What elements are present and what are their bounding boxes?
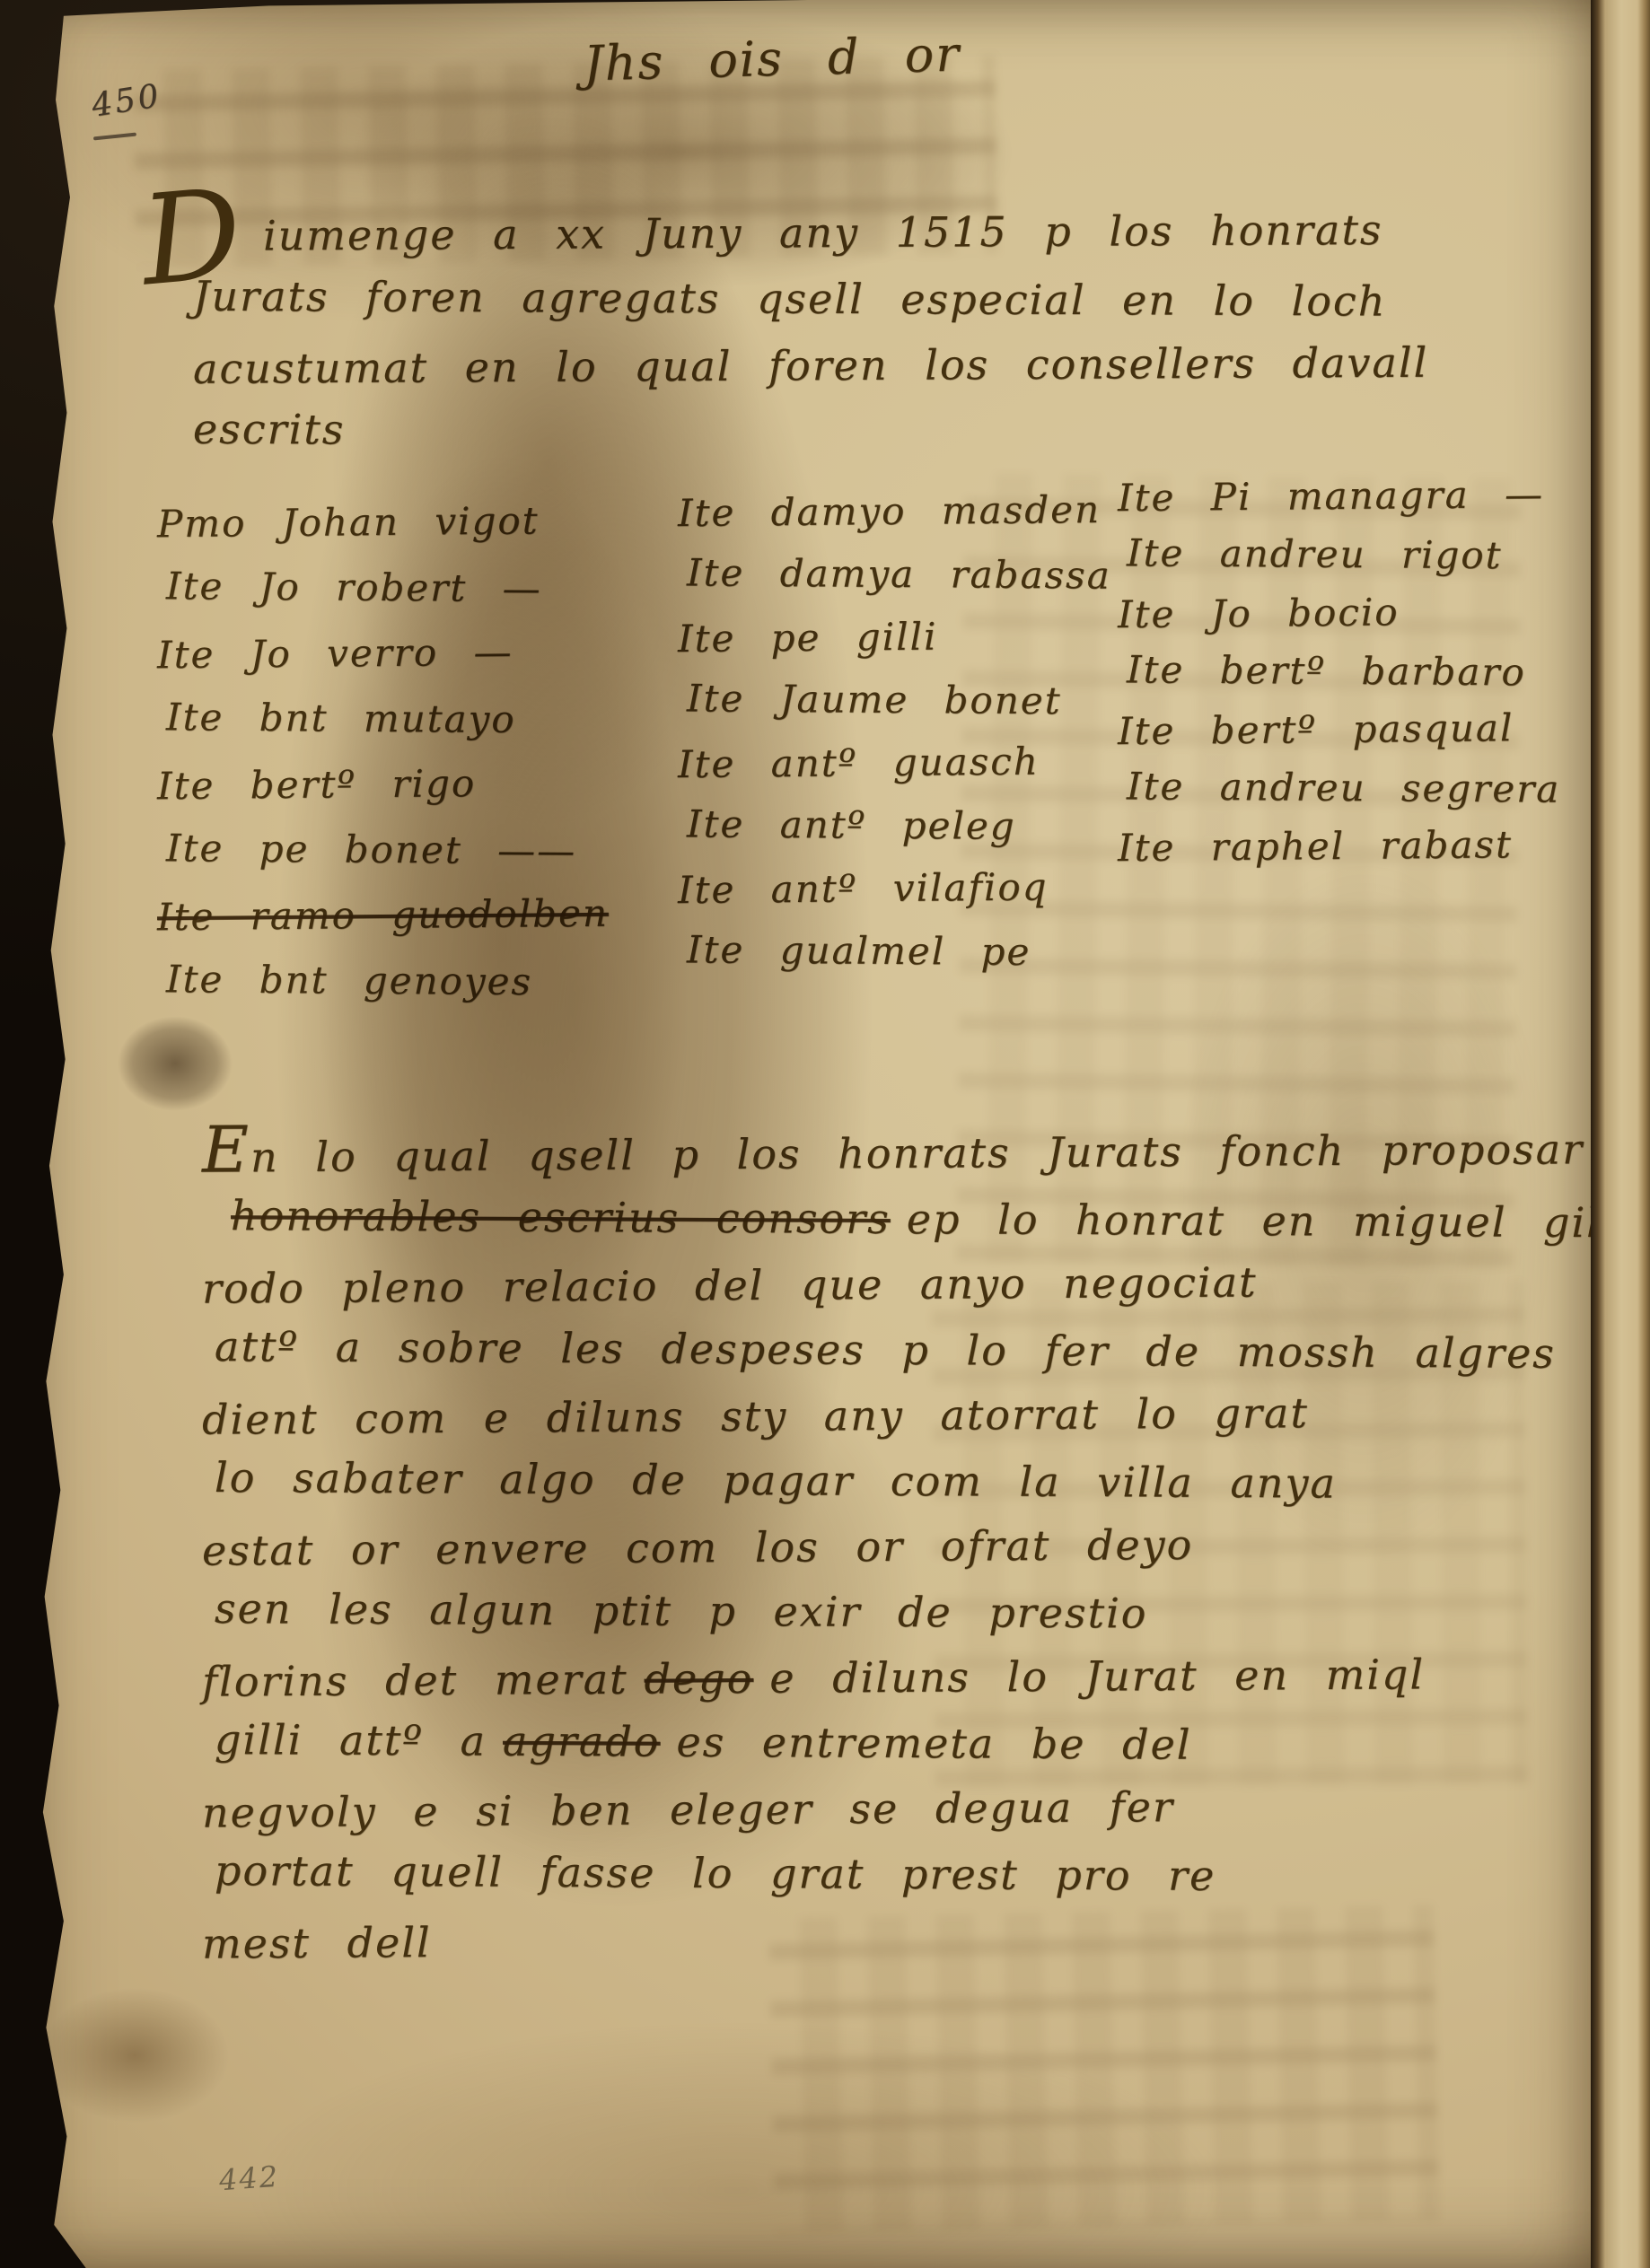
resolution-line: mest dell (202, 1903, 1575, 1976)
councillor-name: Ite antº vilafioq (678, 855, 1111, 922)
manuscript-page: 450 Jhs ois d or D iumenge a xx Juny any… (0, 0, 1591, 2268)
councillor-name: Ite bertº barbaro (1127, 640, 1561, 701)
councillor-column-2: Ite damyo masden Ite damya rabassa Ite p… (678, 480, 1111, 983)
resolution-text: rodo pleno relacio del que anyo negociat (202, 1257, 1258, 1312)
councillor-name: Ite bertº rigo (157, 749, 609, 819)
councillor-name: Ite bnt genoyes (166, 946, 609, 1014)
councillor-name: Ite Jo bocio (1118, 582, 1561, 644)
councillor-name: Ite antº peleg (687, 792, 1111, 858)
resolution-text: attº a sobre les despeses p lo fer de mo… (215, 1322, 1556, 1378)
resolution-line: gilli attº aagradoes entremeta be del (215, 1707, 1575, 1780)
councillor-name: Ite Jaume bonet (687, 667, 1111, 732)
resolution-text: sen les algun ptit p exir de prestio (215, 1584, 1148, 1637)
opening-line: Jurats foren agregats qsell especial en … (193, 263, 1522, 335)
councillor-name: Ite bertº pasqual (1118, 698, 1561, 760)
resolution-paragraph: En lo qual qsell p los honrats Jurats fo… (202, 1120, 1575, 1973)
struck-text: dego (644, 1654, 753, 1703)
resolution-text: e diluns lo Jurat en miql (769, 1650, 1425, 1702)
folio-number-underline (93, 133, 136, 141)
councillor-name: Ite bnt mutayo (166, 684, 609, 752)
opening-line: iumenge a xx Juny any 1515 p los honrats (193, 196, 1522, 269)
resolution-line: attº a sobre les despeses p lo fer de mo… (215, 1314, 1575, 1387)
resolution-line: estat or envere com los or ofrat deyo (202, 1510, 1575, 1583)
resolution-line: sen les algun ptit p exir de prestio (215, 1576, 1575, 1649)
invocation-heading: Jhs ois d or (502, 23, 1041, 94)
councillor-name: Ite gualmel pe (687, 918, 1111, 984)
folio-number-bottom: 442 (218, 2159, 281, 2198)
folio-number-top: 450 (89, 77, 163, 125)
struck-text: agrado (503, 1717, 661, 1766)
councillor-name: Ite Jo robert — (166, 553, 609, 621)
resolution-text: gilli attº a (215, 1715, 487, 1765)
councillor-name: Ite damyo masden (678, 478, 1111, 545)
opening-line: escrits (193, 396, 1522, 468)
next-page-edge (1591, 0, 1650, 2268)
councillor-name: Ite antº guasch (678, 730, 1111, 796)
resolution-line: portat quell fasse lo grat prest pro re (215, 1838, 1575, 1911)
resolution-line: florins det meratdegoe diluns lo Jurat e… (202, 1641, 1575, 1714)
councillor-name: Ite andreu rigot (1127, 523, 1561, 584)
resolution-line: rodo pleno relacio del que anyo negociat (202, 1248, 1575, 1321)
councillor-name: Ite pe bonet —— (166, 815, 609, 883)
resolution-text: negvoly e si ben eleger se degua fer (202, 1782, 1174, 1837)
opening-line: acustumat en lo qual foren los conseller… (193, 328, 1522, 402)
resolution-text: mest dell (202, 1918, 432, 1968)
resolution-text: ep lo honrat en miguel gilli do (907, 1195, 1650, 1248)
councillor-column-3: Ite Pi managra — Ite andreu rigot Ite Jo… (1118, 467, 1560, 875)
resolution-line: En lo qual qsell p los honrats Jurats fo… (202, 1116, 1575, 1190)
opening-paragraph: iumenge a xx Juny any 1515 p los honrats… (193, 199, 1522, 465)
councillor-name: Ite damya rabassa (687, 541, 1111, 607)
resolution-line: negvoly e si ben eleger se degua fer (202, 1772, 1575, 1845)
resolution-text: florins det merat (202, 1655, 628, 1706)
councillor-column-1: Pmo Johan vigot Ite Jo robert — Ite Jo v… (157, 489, 609, 1013)
resolution-text: lo sabater algo de pagar com la villa an… (215, 1453, 1337, 1508)
resolution-line: lo sabater algo de pagar com la villa an… (215, 1445, 1575, 1518)
councillor-name: Ite raphel rabast (1118, 815, 1561, 877)
scan-background: { "page": { "folio_top": "450", "folio_b… (0, 0, 1650, 2268)
councillor-name: Ite Jo verro — (157, 618, 609, 687)
councillor-name-struck: Ite ramo guodolben (157, 880, 609, 950)
councillor-name: Ite andreu segrera (1127, 757, 1561, 818)
resolution-text: En lo qual qsell p los honrats Jurats fo… (202, 1125, 1584, 1181)
struck-text: honorables escrius consors (231, 1191, 891, 1243)
resolution-text: es entremeta be del (676, 1718, 1191, 1769)
resolution-line: honorables escrius consorsep lo honrat e… (215, 1183, 1575, 1256)
resolution-text: dient com e diluns sty any atorrat lo gr… (202, 1388, 1309, 1444)
resolution-line: dient com e diluns sty any atorrat lo gr… (202, 1379, 1575, 1452)
councillor-name: Ite Pi managra — (1118, 465, 1561, 527)
resolution-text: estat or envere com los or ofrat deyo (202, 1520, 1194, 1575)
resolution-text: portat quell fasse lo grat prest pro re (215, 1846, 1216, 1900)
councillor-name: Pmo Johan vigot (157, 487, 609, 556)
councillor-name: Ite pe gilli (678, 604, 1111, 670)
